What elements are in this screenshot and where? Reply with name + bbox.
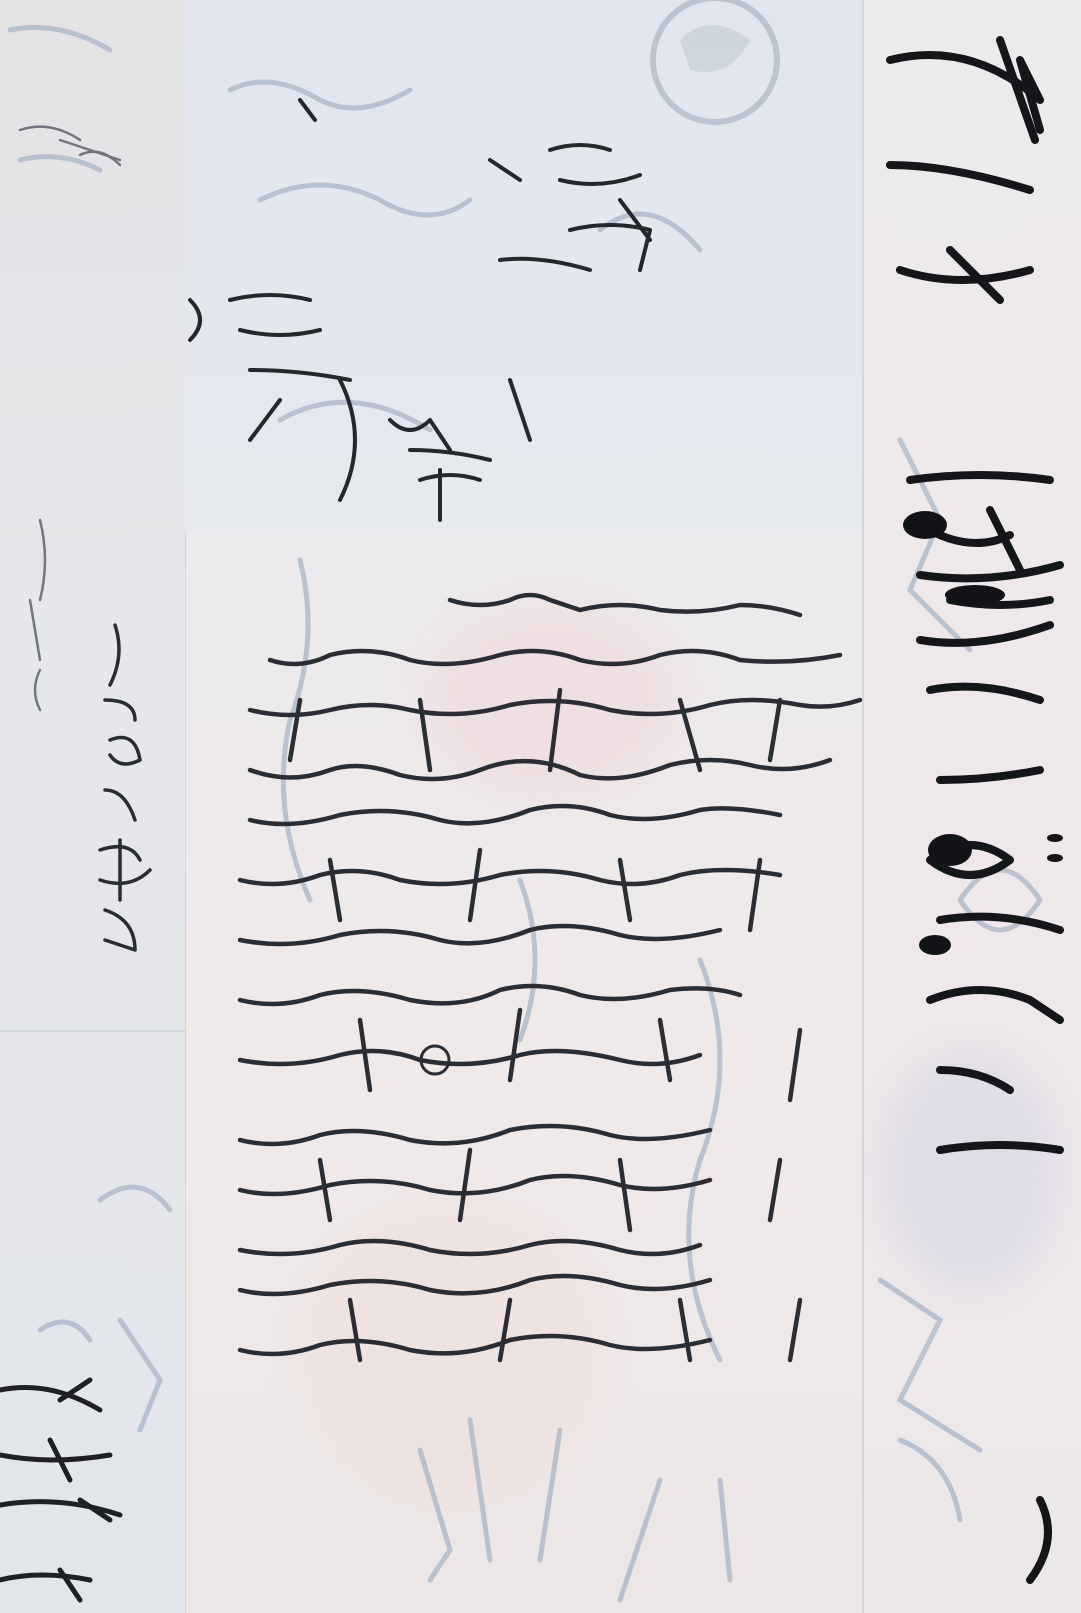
left-margin-note-text: [100, 625, 150, 950]
right-heading-text: [890, 40, 1060, 1580]
seal-stamp-icon: [653, 0, 777, 122]
document-photo: Photograph of an antique Japanese handwr…: [0, 0, 1081, 1613]
left-faint-note-text: [20, 127, 120, 710]
main-body-text: [240, 595, 860, 1360]
ink-layer: [0, 0, 1081, 1613]
bottom-left-fragment-text: [0, 1380, 120, 1600]
top-middle-note-text: [190, 100, 650, 520]
